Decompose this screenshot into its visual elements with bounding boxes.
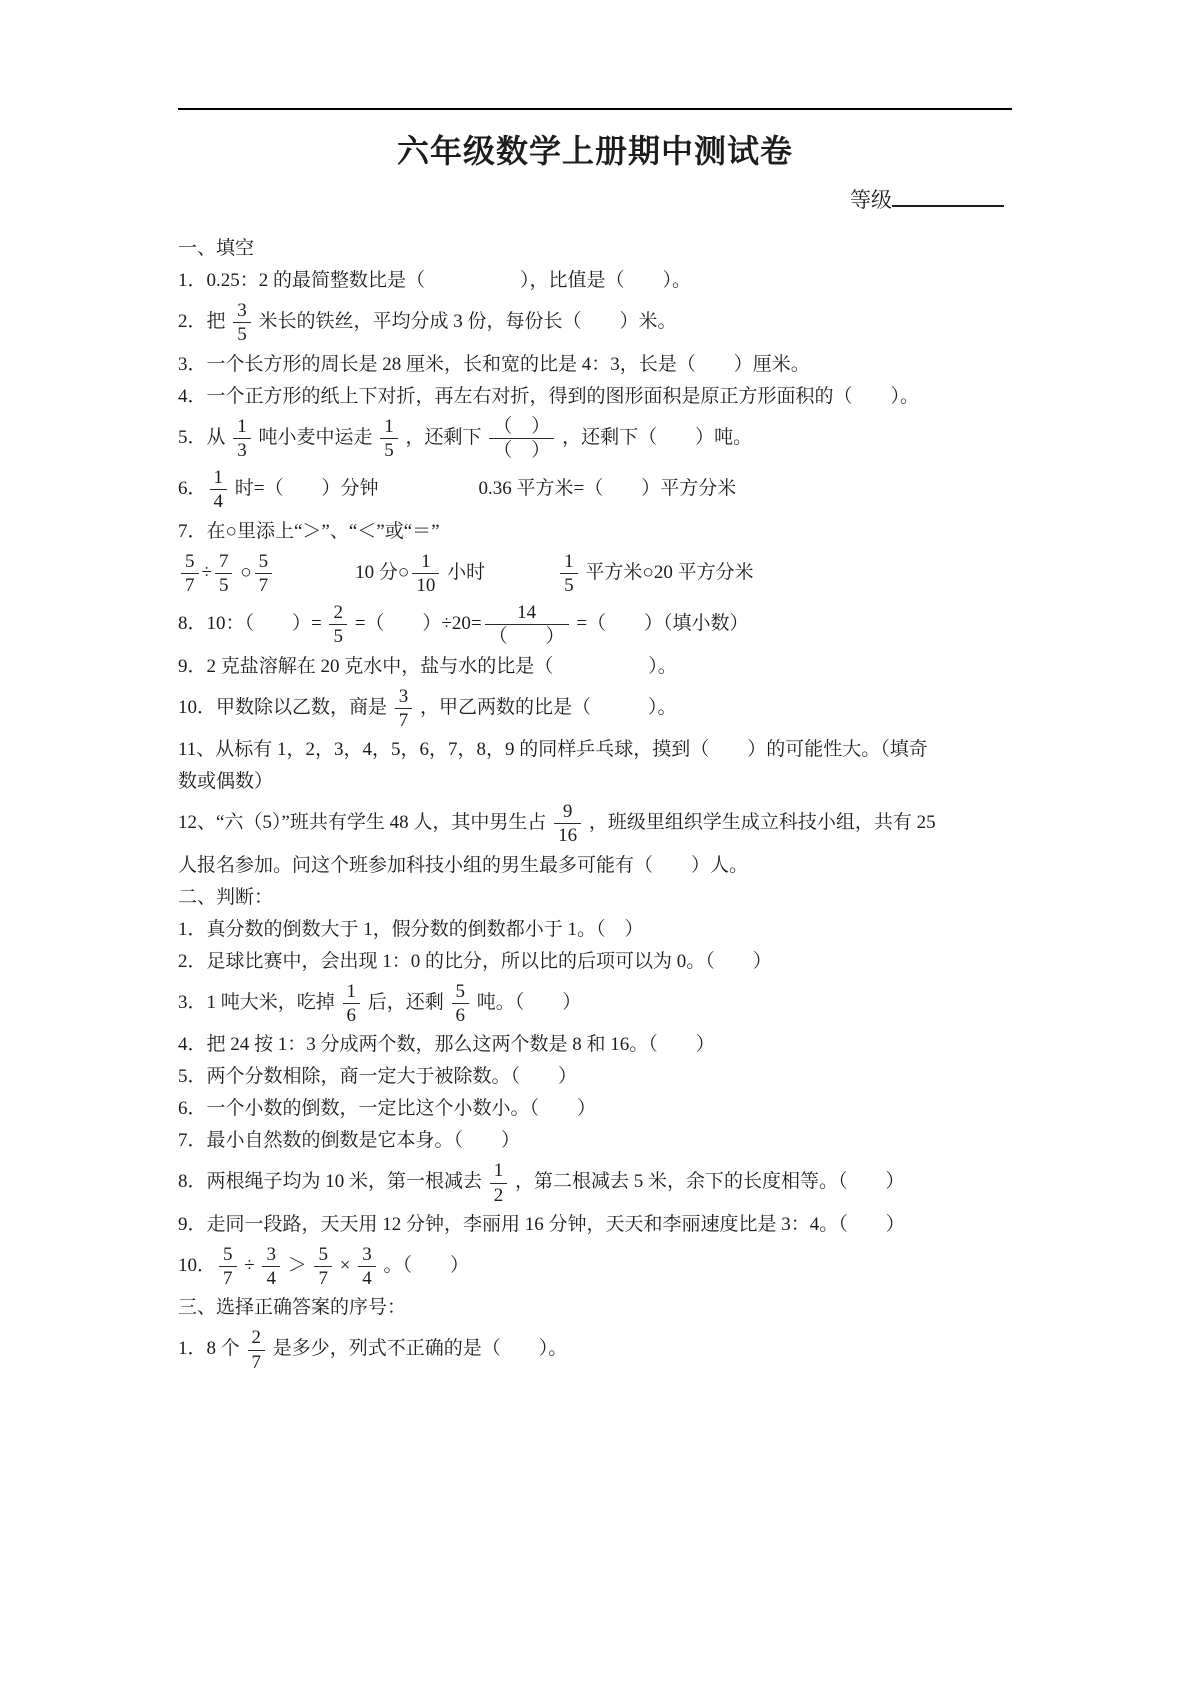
fraction-denominator: （ ） [489,438,554,461]
page-title: 六年级数学上册期中测试卷 [178,126,1012,172]
text-run: ，第二根减去 5 米，余下的长度相等。（ ） [510,1171,904,1192]
fraction-numerator: 3 [262,1244,280,1266]
fraction: 13 [233,414,251,464]
text-run: ÷ [240,1255,260,1276]
page-content: 六年级数学上册期中测试卷 等级 一、填空1．0.25：2 的最简整数比是（ ），… [0,0,1191,1375]
q6: 6．14 时=（ ）分钟0.36 平方米=（ ）平方分米 [178,465,1012,515]
question-lines: 一、填空1．0.25：2 的最简整数比是（ ），比值是（ ）。2．把 35 米长… [178,234,1012,1375]
fraction-denominator: 7 [395,708,413,731]
text-run: 1．真分数的倒数大于 1，假分数的倒数都小于 1。（ ） [178,919,644,940]
fraction: 15 [560,549,578,599]
text-run: =（ ）÷20= [350,613,482,634]
j6: 6．一个小数的倒数，一定比这个小数小。（ ） [178,1094,1012,1124]
text-run: 1．8 个 [178,1338,245,1359]
j1: 1．真分数的倒数大于 1，假分数的倒数都小于 1。（ ） [178,915,1012,945]
fraction-denominator: 5 [233,322,251,345]
text-run: =（ ）（填小数） [572,613,749,634]
fraction-denominator: 3 [233,438,251,461]
fraction-denominator: 6 [343,1003,361,1026]
text-run: 时=（ ）分钟 [230,478,378,499]
q1: 1．0.25：2 的最简整数比是（ ），比值是（ ）。 [178,266,1012,296]
text-run: 7．在○里添上“＞”、“＜”或“＝” [178,521,440,542]
fraction-numerator: 9 [559,801,577,823]
fraction: 35 [233,298,251,348]
text-run: 8．10：（ ）= [178,613,326,634]
fraction-numerator: 5 [219,1244,237,1266]
fraction: 57 [219,1242,237,1292]
fraction: 56 [452,979,470,1029]
fraction: 34 [262,1242,280,1292]
q12-line2: 人报名参加。问这个班参加科技小组的男生最多可能有（ ）人。 [178,851,1012,881]
q7-items: 57÷75 ○5710 分○110 小时15 平方米○20 平方分米 [178,549,1012,599]
text-run: 9．走同一段路，天天用 12 分钟，李丽用 16 分钟，天天和李丽速度比是 3：… [178,1214,905,1235]
fraction-numerator: 3 [395,686,413,708]
text-run: ○ [235,562,251,583]
fraction: （ ）（ ） [489,414,554,464]
q4: 4．一个正方形的纸上下对折，再左右对折，得到的图形面积是原正方形面积的（ ）。 [178,382,1012,412]
text-run: 平方米○20 平方分米 [581,562,754,583]
fraction-denominator: （ ） [485,624,569,647]
j7: 7．最小自然数的倒数是它本身。（ ） [178,1126,1012,1156]
fraction-numerator: 1 [417,551,435,573]
fraction-denominator: 4 [262,1266,280,1289]
fraction-denominator: 5 [215,573,233,596]
fraction-numerator: 3 [358,1244,376,1266]
grade-row: 等级 [178,184,1012,214]
fraction-denominator: 4 [358,1266,376,1289]
q10: 10．甲数除以乙数，商是 37 ，甲乙两数的比是（ ）。 [178,684,1012,734]
text-run: 5．从 [178,427,230,448]
text-run: 8．两根绳子均为 10 米，第一根减去 [178,1171,487,1192]
text-run: 后，还剩 [363,992,449,1013]
fraction: 75 [215,549,233,599]
fraction-denominator: 7 [248,1350,266,1373]
fraction-denominator: 10 [412,573,439,596]
fraction-numerator: 1 [380,416,398,438]
text-run: 2．足球比赛中，会出现 1：0 的比分，所以比的后项可以为 0。（ ） [178,951,772,972]
fraction-denominator: 5 [380,438,398,461]
fraction: 110 [412,549,439,599]
text-run: 4．一个正方形的纸上下对折，再左右对折，得到的图形面积是原正方形面积的（ ）。 [178,386,919,407]
q5: 5．从 13 吨小麦中运走 15 ，还剩下 （ ）（ ） ，还剩下（ ）吨。 [178,414,1012,464]
fraction: 57 [255,549,273,599]
fraction: 15 [380,414,398,464]
text-run: 吨。（ ） [472,992,581,1013]
fraction-numerator: 2 [248,1327,266,1349]
section-heading-multiple-choice: 三、选择正确答案的序号： [178,1293,1012,1323]
fraction-numerator: 1 [343,981,361,1003]
text-run: 0.36 平方米=（ ）平方分米 [478,478,736,499]
text-run: 一、填空 [178,238,254,259]
fraction-numerator: 1 [210,467,228,489]
fraction-numerator: 14 [513,602,540,624]
fraction: 25 [329,600,347,650]
spacer [378,493,478,494]
fraction: 37 [395,684,413,734]
j8: 8．两根绳子均为 10 米，第一根减去 12 ，第二根减去 5 米，余下的长度相… [178,1158,1012,1208]
fraction-numerator: 1 [490,1160,508,1182]
text-run: 10． [178,1255,216,1276]
text-run: 5．两个分数相除，商一定大于被除数。（ ） [178,1066,577,1087]
j2: 2．足球比赛中，会出现 1：0 的比分，所以比的后项可以为 0。（ ） [178,947,1012,977]
j3: 3．1 吨大米，吃掉 16 后，还剩 56 吨。（ ） [178,979,1012,1029]
section-heading-true-false: 二、判断： [178,883,1012,913]
fraction: 34 [358,1242,376,1292]
text-run: 吨小麦中运走 [254,427,378,448]
text-run: 三、选择正确答案的序号： [178,1297,406,1318]
spacer [485,577,557,578]
text-run: 3．一个长方形的周长是 28 厘米，长和宽的比是 4：3，长是（ ）厘米。 [178,354,810,375]
q11-line1: 11、从标有 1，2，3，4，5，6，7，8，9 的同样乒乓球，摸到（ ）的可能… [178,735,1012,765]
text-run: 数或偶数） [178,771,273,792]
text-run: 人报名参加。问这个班参加科技小组的男生最多可能有（ ）人。 [178,855,748,876]
fraction: 16 [343,979,361,1029]
text-run: 9．2 克盐溶解在 20 克水中，盐与水的比是（ ）。 [178,656,677,677]
text-run: 二、判断： [178,887,273,908]
header-rule [178,108,1012,110]
q8: 8．10：（ ）= 25 =（ ）÷20=14（ ） =（ ）（填小数） [178,600,1012,650]
fraction-numerator: 1 [560,551,578,573]
text-run: ，还剩下 [401,427,487,448]
fraction-denominator: 4 [210,489,228,512]
text-run: 6． [178,478,207,499]
q3: 3．一个长方形的周长是 28 厘米，长和宽的比是 4：3，长是（ ）厘米。 [178,350,1012,380]
test-paper-page: 六年级数学上册期中测试卷 等级 一、填空1．0.25：2 的最简整数比是（ ），… [0,0,1191,1684]
text-run: 4．把 24 按 1：3 分成两个数，那么这两个数是 8 和 16。（ ） [178,1034,715,1055]
fraction-numerator: 5 [255,551,273,573]
text-run: 是多少，列式不正确的是（ ）。 [268,1338,567,1359]
fraction: 14（ ） [485,600,569,650]
fraction-denominator: 7 [314,1266,332,1289]
grade-label: 等级 [850,188,892,212]
fraction: 57 [181,549,199,599]
text-run: 。（ ） [379,1255,469,1276]
j5: 5．两个分数相除，商一定大于被除数。（ ） [178,1062,1012,1092]
text-run: 3．1 吨大米，吃掉 [178,992,340,1013]
fraction-numerator: 5 [181,551,199,573]
text-run: 7．最小自然数的倒数是它本身。（ ） [178,1130,520,1151]
fraction-numerator: 1 [233,416,251,438]
text-run: 10．甲数除以乙数，商是 [178,697,392,718]
fraction-numerator: 2 [329,602,347,624]
text-run: ，还剩下（ ）吨。 [557,427,752,448]
fraction: 12 [490,1158,508,1208]
text-run: ，甲乙两数的比是（ ）。 [415,697,676,718]
fraction-numerator: 7 [215,551,233,573]
fraction-denominator: 16 [554,823,581,846]
text-run: ，班级里组织学生成立科技小组，共有 25 [584,812,936,833]
text-run: 小时 [442,562,485,583]
fraction: 14 [210,465,228,515]
text-run: 2．把 [178,311,230,332]
q11-line2: 数或偶数） [178,767,1012,797]
fraction-denominator: 6 [452,1003,470,1026]
fraction-numerator: 5 [452,981,470,1003]
grade-blank-line [892,184,1004,207]
text-run: 米长的铁丝，平均分成 3 份，每份长（ ）米。 [254,311,677,332]
fraction-denominator: 7 [219,1266,237,1289]
fraction-numerator: 5 [314,1244,332,1266]
text-run: × [335,1255,355,1276]
fraction-numerator: （ ） [489,416,554,438]
q7-prompt: 7．在○里添上“＞”、“＜”或“＝” [178,517,1012,547]
j4: 4．把 24 按 1：3 分成两个数，那么这两个数是 8 和 16。（ ） [178,1030,1012,1060]
j9: 9．走同一段路，天天用 12 分钟，李丽用 16 分钟，天天和李丽速度比是 3：… [178,1210,1012,1240]
fraction-denominator: 2 [490,1183,508,1206]
fraction-numerator: 3 [233,300,251,322]
fraction: 916 [554,799,581,849]
text-run: ＞ [283,1255,312,1276]
fraction-denominator: 7 [181,573,199,596]
text-run: 12、“六（5）”班共有学生 48 人，其中男生占 [178,812,551,833]
q12-line1: 12、“六（5）”班共有学生 48 人，其中男生占 916 ，班级里组织学生成立… [178,799,1012,849]
q9: 9．2 克盐溶解在 20 克水中，盐与水的比是（ ）。 [178,652,1012,682]
text-run: 10 分○ [355,562,409,583]
fraction-denominator: 5 [560,573,578,596]
section-heading-fill-in-blanks: 一、填空 [178,234,1012,264]
fraction: 27 [248,1325,266,1375]
fraction-denominator: 5 [329,624,347,647]
text-run: ÷ [202,562,212,583]
text-run: 1．0.25：2 的最简整数比是（ ），比值是（ ）。 [178,270,691,291]
text-run: 6．一个小数的倒数，一定比这个小数小。（ ） [178,1098,596,1119]
q2: 2．把 35 米长的铁丝，平均分成 3 份，每份长（ ）米。 [178,298,1012,348]
spacer [275,577,355,578]
c1: 1．8 个 27 是多少，列式不正确的是（ ）。 [178,1325,1012,1375]
fraction: 57 [314,1242,332,1292]
j10: 10．57 ÷ 34 ＞ 57 × 34 。（ ） [178,1242,1012,1292]
fraction-denominator: 7 [255,573,273,596]
text-run: 11、从标有 1，2，3，4，5，6，7，8，9 的同样乒乓球，摸到（ ）的可能… [178,739,928,760]
